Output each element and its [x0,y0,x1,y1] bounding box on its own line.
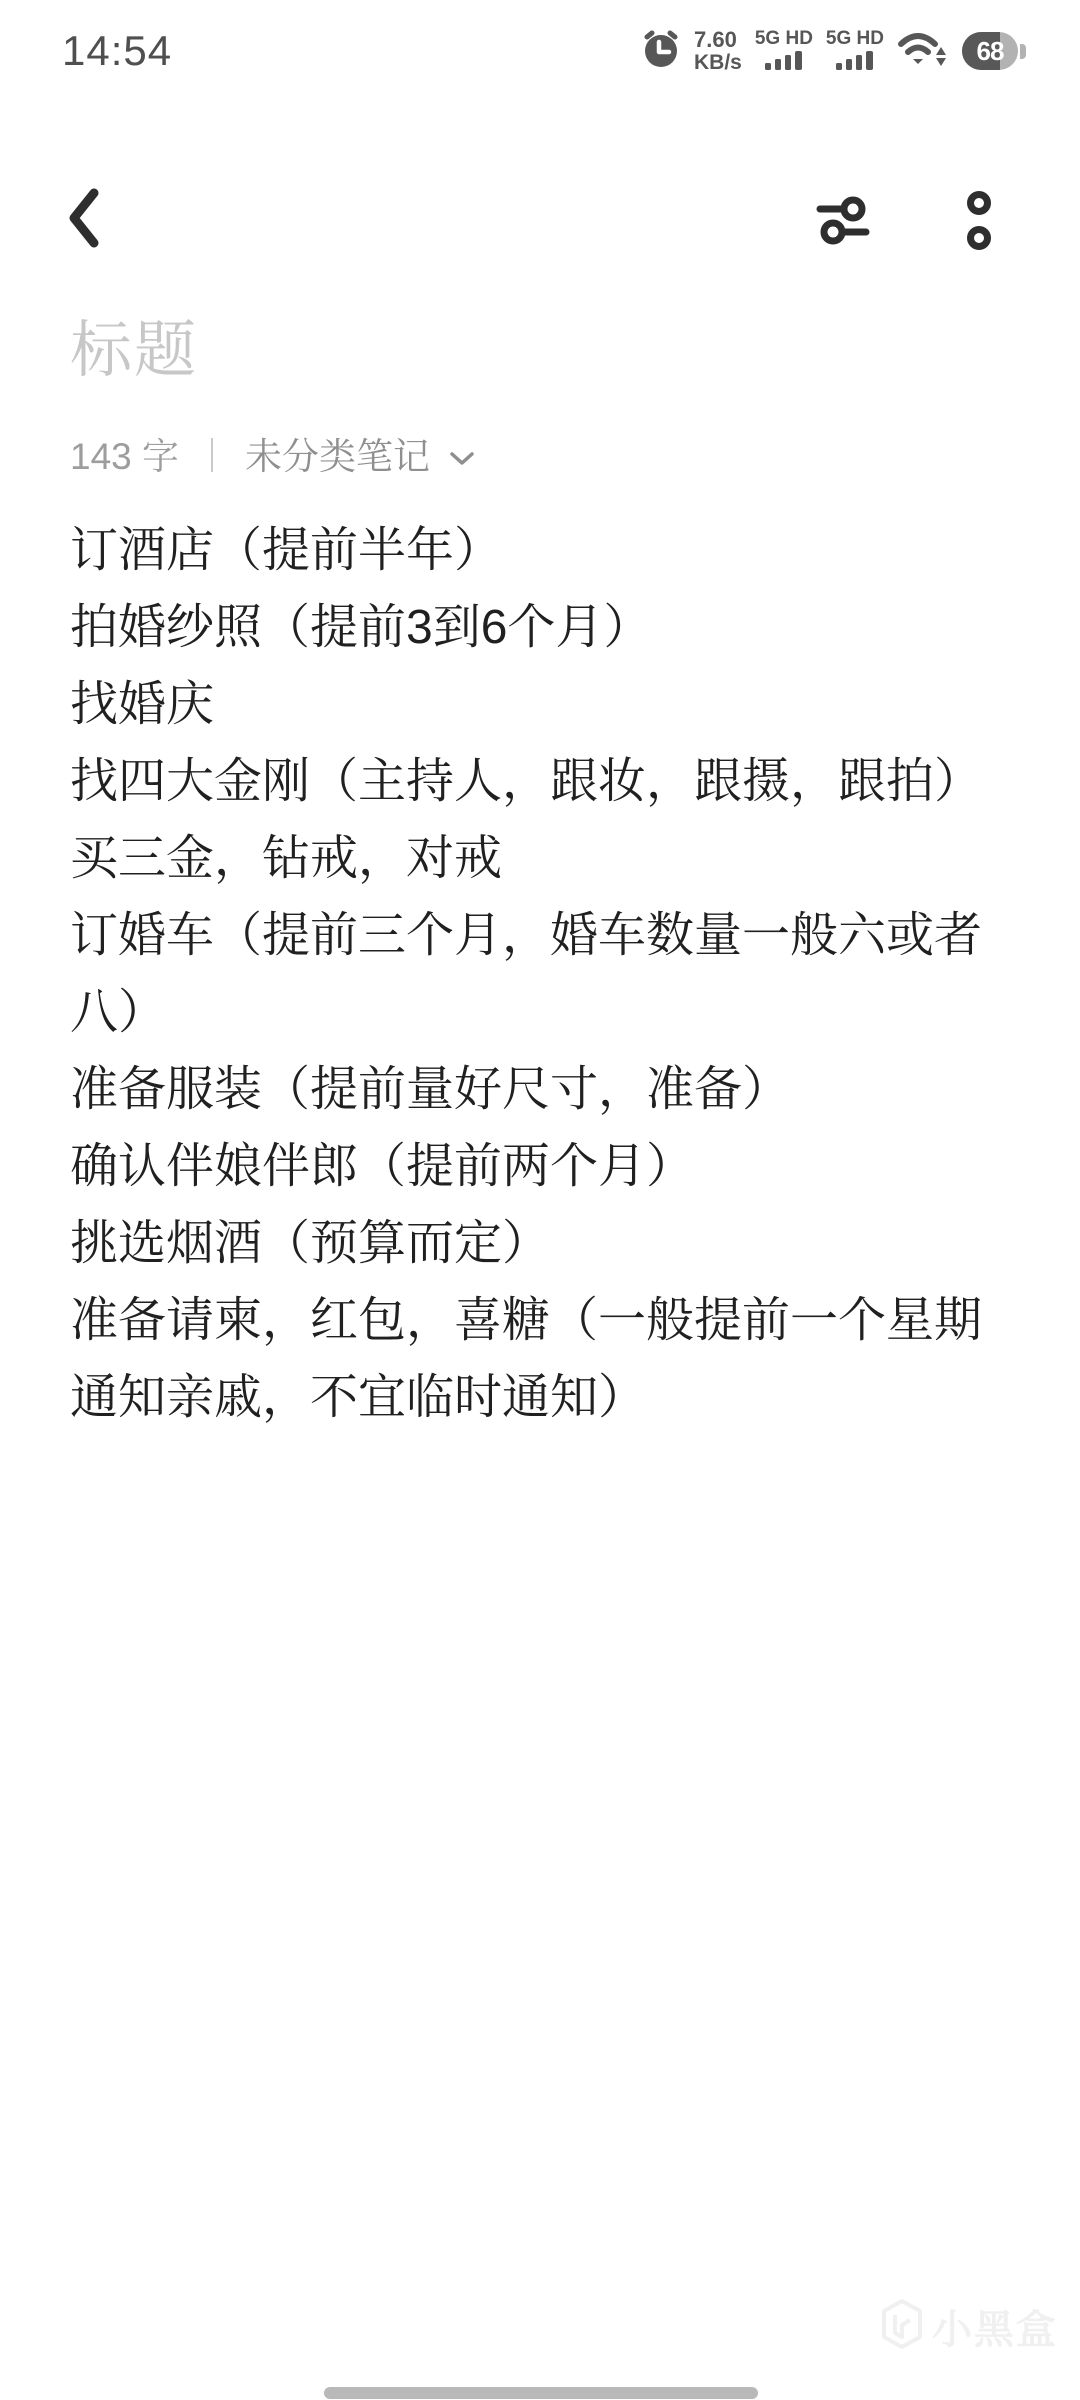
watermark-text: 小黑盒 [932,2298,1058,2355]
alarm-clock-icon [641,29,681,74]
two-dots-menu-icon [964,240,994,257]
notes-app-screen: 14:54 7.60 KB/s 5G HD [0,0,1080,2400]
nav-bar [0,175,1080,275]
format-settings-button[interactable] [814,191,872,249]
meta-divider: ｜ [195,429,229,478]
note-paragraph: 找四大金刚（主持人，跟妆，跟摄，跟拍） [70,743,1008,820]
heybox-logo [880,2298,924,2355]
note-paragraph: 找婚庆 [70,666,1008,743]
back-button[interactable] [62,185,108,255]
sim2-signal: 5G HD [826,28,884,75]
note-paragraph: 订婚车（提前三个月，婚车数量一般六或者八） [70,897,1008,1051]
status-bar: 14:54 7.60 KB/s 5G HD [0,16,1080,86]
battery-percent: 68 [962,32,1018,70]
watermark: 小黑盒 [880,2298,1058,2355]
signal-bars-icon [835,51,875,75]
note-title-input[interactable]: 标题 [70,300,198,389]
note-meta: 143 字 ｜ 未分类笔记 [70,426,476,480]
note-paragraph: 买三金，钻戒，对戒 [70,820,1008,897]
signal-bars-icon [764,51,804,75]
category-selector[interactable]: 未分类笔记 [245,426,430,480]
wifi-icon [897,30,949,73]
battery-nub [1020,44,1026,59]
note-paragraph: 挑选烟酒（预算而定） [70,1205,1008,1282]
note-paragraph: 拍婚纱照（提前3到6个月） [70,589,1008,666]
home-indicator[interactable] [324,2387,758,2399]
chevron-down-icon[interactable] [448,435,476,477]
note-paragraph: 准备请柬，红包，喜糖（一般提前一个星期通知亲戚，不宜临时通知） [70,1282,1008,1436]
status-icons: 7.60 KB/s 5G HD 5G HD [641,28,1026,75]
char-count: 143 字 [70,426,179,480]
sim1-signal: 5G HD [755,28,813,75]
note-body-editor[interactable]: 订酒店（提前半年） 拍婚纱照（提前3到6个月） 找婚庆 找四大金刚（主持人，跟妆… [70,512,1008,1436]
battery-icon: 68 [962,32,1026,70]
more-options-button[interactable] [964,189,996,253]
note-paragraph: 准备服装（提前量好尺寸，准备） [70,1051,1008,1128]
note-paragraph: 确认伴娘伴郎（提前两个月） [70,1128,1008,1205]
sliders-icon [814,236,872,253]
chevron-left-icon [62,186,106,255]
network-speed: 7.60 KB/s [694,29,742,73]
note-paragraph: 订酒店（提前半年） [70,512,1008,589]
clock-time: 14:54 [62,27,172,75]
